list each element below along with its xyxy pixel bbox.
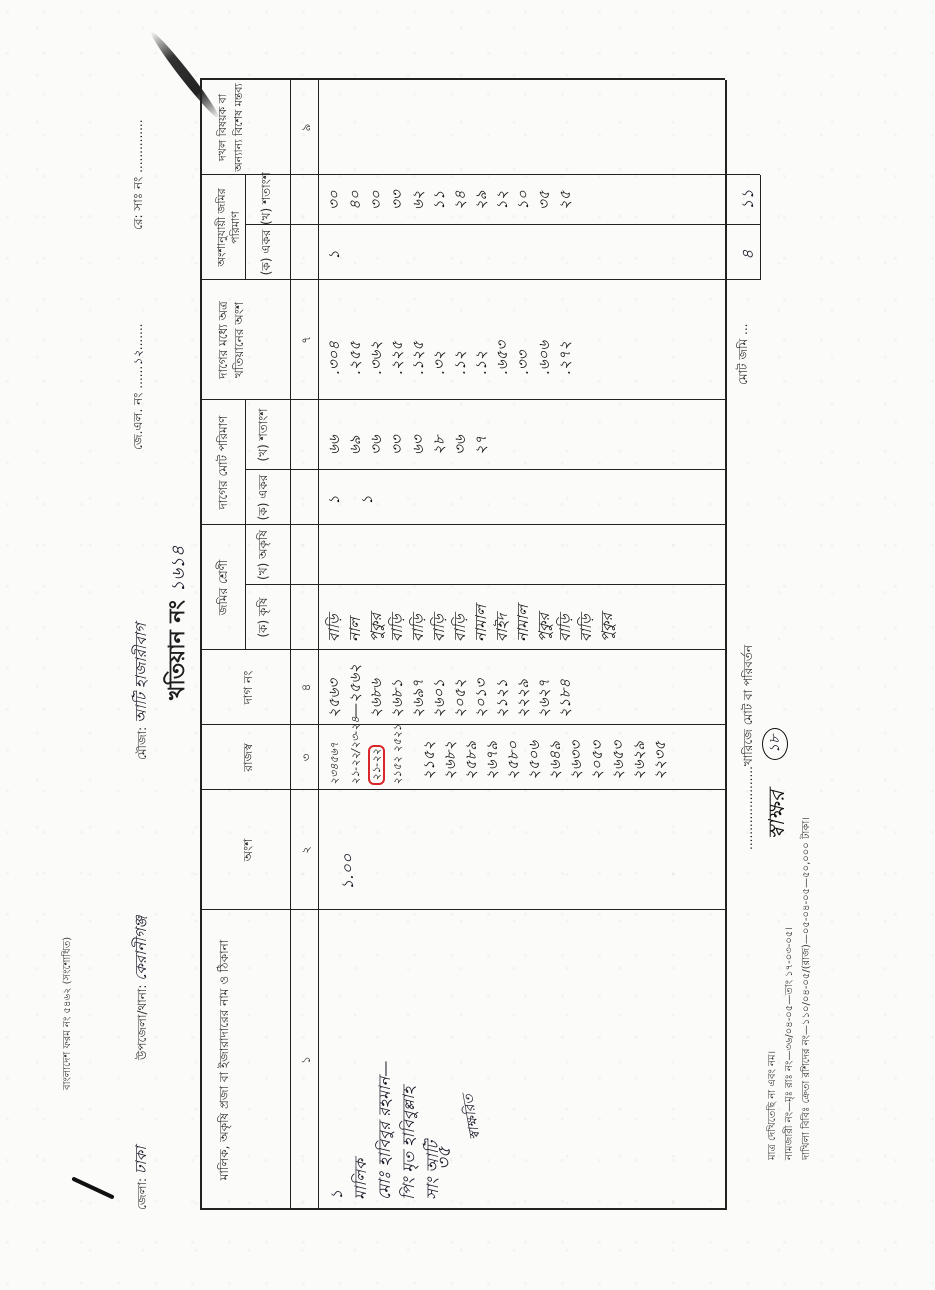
dag-number: ২০১৩ [472, 664, 491, 718]
khatian-share-value: .২২৫ [388, 341, 407, 375]
table-top-border [200, 80, 202, 1210]
subheader-divider [245, 400, 246, 650]
colnum-2: ২ [298, 790, 318, 910]
dag-acre-list: ১১ [325, 495, 377, 505]
total-acre: ৪ [735, 250, 762, 260]
owner-signature: স্বাক্ষরিত [456, 1092, 488, 1142]
colnum-3: ৩ [298, 725, 318, 790]
district-field: জেলা: ঢাকা [130, 1146, 155, 1210]
col-sep [200, 399, 725, 400]
col-sep [200, 1208, 725, 1210]
khatian-share-value: .৩৬২ [367, 341, 386, 375]
dag-decimal-value: ৬৯ [346, 435, 365, 455]
land-class-value: বাড়ি [388, 605, 407, 642]
dag-range-value: ২৫৮৯ [462, 741, 481, 780]
footer-note-3: দাখিলা বিবিঃ ক্রেতা রশিদের নং—১১০/০৪-০৫/… [799, 817, 816, 1160]
form-reference: বাংলাদেশ ফরম নং ৫৪৬২ (সংশোধিত) [60, 937, 77, 1090]
colnum-7: ৭ [298, 280, 318, 400]
footer-note-2: নামজারী নং—মৃঃ রাঃ নং—৩৬/০৪-০৫—তাং ১৭-০৩… [782, 927, 799, 1160]
land-class-value: পুকুর [535, 605, 554, 642]
dag-number: ২০৫২ [451, 664, 470, 718]
land-class-value: বাড়ি [430, 605, 449, 642]
subcol-agri: (ক) কৃষি [255, 585, 275, 650]
dag-range-list: ২১৫২২৬৮২২৫৮৯২৬৭৯২৫৮০২৫০৬২৬৪৯২৬৩৩২০৫৩২৬৫৩… [420, 741, 670, 780]
total-decimal: ১১ [735, 189, 762, 210]
col-header-land-class: জমির শ্রেণী [215, 525, 235, 650]
dag-range-value: ২৬৩৩ [567, 741, 586, 780]
dag-range-value: ২৬৪৯ [546, 741, 565, 780]
dag-range-value: ২২৩৫ [651, 741, 670, 780]
portion-acre-value: ১ [325, 250, 344, 260]
subcol-portion-decimal: (খ) শতাংশ [258, 175, 278, 225]
dag-decimal-value: ২৭ [472, 435, 491, 455]
header-divider [290, 80, 291, 1210]
dag-range-value: ২৫০৬ [525, 741, 544, 780]
dag-decimal-value: ৩৬ [367, 435, 386, 455]
col-header-remarks: দখল বিষয়ক বা অন্যান্য বিশেষ মন্তব্য [215, 80, 247, 175]
owner-index: ১ [325, 1061, 349, 1200]
khatian-share-list: .৩০৪.২৫৫.৩৬২.২২৫.১২৫.৩২.১২.১২.৬৫৩.৩৩.৬০৬… [325, 341, 575, 375]
revenue-list: ২৩৪৫৬৭ ২১-২২/২৩-২৪ ২১-২২ ২১৫২ ২৫২১ [325, 717, 407, 785]
khatian-share-value: .৬০৬ [535, 341, 554, 375]
col-sep [200, 78, 725, 80]
portion-decimal-value: ৩৫ [535, 190, 554, 210]
portion-decimal-value: ১১ [430, 190, 449, 210]
circled-revenue: ২১-২২ [368, 745, 385, 785]
portion-decimal-value: ১২ [493, 190, 512, 210]
dag-number: ২৬০১ [430, 664, 449, 718]
upazila-field: উপজেলা/থানা: কেরানীগঞ্জ [130, 916, 155, 1060]
colnum-divider [318, 80, 319, 1210]
dag-number: ২৫৬৩ [325, 664, 344, 718]
col-sep [200, 174, 760, 175]
slash-mark [71, 1176, 114, 1199]
dag-number: —২৫৬২ [346, 664, 365, 718]
land-class-value: পুকুর [598, 605, 617, 642]
portion-decimal-value: ৩৩ [388, 190, 407, 210]
col-sep [200, 909, 725, 910]
col-header-owner: মালিক, অকৃষি প্রজা বা ইজারাদারের নাম ও ঠ… [215, 920, 233, 1200]
col-header-khatian-share: দাগের মধ্যে অত্র খতিয়ানের অংশ [215, 280, 247, 400]
land-class-value: বাড়ি [556, 605, 575, 642]
dag-number: ২৬৯৭ [409, 664, 428, 718]
colnum-4: ৪ [298, 650, 318, 725]
dag-number: ২২২৯ [514, 664, 533, 718]
khatian-share-value: .৩৩ [514, 341, 533, 375]
mouza-value: আটি হাজারীবাগ [132, 623, 150, 723]
portion-decimal-value: ৩০ [367, 190, 386, 210]
touzi-field: রে: সাঃ নং .............. [130, 119, 150, 230]
portion-decimal-value: ১০ [514, 190, 533, 210]
khatian-share-value: .১২৫ [409, 341, 428, 375]
officer-signature: স্বাক্ষর [760, 790, 797, 840]
portion-decimal-value: ২৯ [472, 190, 491, 210]
colnum-9: ৯ [298, 80, 318, 175]
dag-range-value: ২১৫২ [420, 741, 439, 780]
subcol-portion-acre: (ক) একর [258, 225, 278, 280]
portion-decimal-list: ৩০৪০৩০৩৩৬২১১২৪২৯১২১০৩৫২৫ [325, 190, 575, 210]
khatian-share-value: .৬৫৩ [493, 341, 512, 375]
total-box-side [725, 279, 760, 280]
portion-decimal-value: ৪০ [346, 190, 365, 210]
khatian-page: বাংলাদেশ ফরম নং ৫৪৬২ (সংশোধিত) জেলা: ঢাক… [0, 0, 935, 1290]
col-header-share: অংশ [240, 790, 260, 910]
portion-acre-list: ১ [325, 250, 344, 260]
dag-decimal-value: ৬৬ [325, 435, 344, 455]
dag-decimal-value: ২৮ [430, 435, 449, 455]
col-header-dag-total: দাগের মোট পরিমাণ [215, 400, 235, 525]
stamp-mark [147, 29, 223, 122]
dag-list: ২৫৬৩—২৫৬২২৬৮৬২৬৮১২৬৯৭২৬০১২০৫২২০১৩২১২১২২২… [325, 664, 575, 718]
col-sep [200, 524, 725, 525]
dag-number: ২১২১ [493, 664, 512, 718]
col-sep [200, 724, 725, 725]
portion-decimal-value: ৩০ [325, 190, 344, 210]
total-box-mid [725, 224, 760, 225]
subcol-decimal: (খ) শতাংশ [255, 400, 275, 470]
col-sep [245, 224, 725, 225]
portion-decimal-value: ২৫ [556, 190, 575, 210]
land-class-list: বাড়িনালপুকুরবাড়িবাড়িবাড়িবাড়িনামালবা… [325, 605, 617, 642]
land-class-value: বাড়ি [325, 605, 344, 642]
subcol-acre: (ক) একর [255, 470, 275, 525]
khatian-share-value: .৩০৪ [325, 341, 344, 375]
khatian-share-value: .১২ [451, 341, 470, 375]
dag-range-value: ২৫৮০ [504, 741, 523, 780]
jl-field: জে.এল. নং ......১২....... [130, 324, 150, 450]
dag-range-value: ২৬৭৯ [483, 741, 502, 780]
land-class-value: নামাল [472, 605, 491, 642]
colnum-1: ১ [298, 910, 318, 1210]
col-sep [200, 789, 725, 790]
dag-range-value: ২৬২৯ [630, 741, 649, 780]
upazila-value: কেরানীগঞ্জ [132, 916, 150, 981]
dag-range-value: ২৬৫৩ [609, 741, 628, 780]
dag-decimal-list: ৬৬৬৯৩৬৩৩৬৩২৮৩৬২৭ [325, 435, 491, 455]
land-class-value: বাইদ [493, 605, 512, 642]
dag-decimal-value: ৩৬ [451, 435, 470, 455]
owner-details: ১ মালিক মোঃ হাবিবুর রহমান— পিং মৃত হাবিব… [325, 1061, 445, 1200]
land-class-value: বাড়ি [577, 605, 596, 642]
total-label: মোট জমি ... [735, 324, 755, 385]
subcol-nonagri: (খ) অকৃষি [255, 525, 275, 585]
khatian-share-value: .২৫৫ [346, 341, 365, 375]
share-value: ১.০০ [335, 854, 362, 890]
circled-number: ১৮ [762, 728, 788, 760]
portion-decimal-value: ৬২ [409, 190, 428, 210]
land-class-value: নামাল [514, 605, 533, 642]
land-class-value: বাড়ি [409, 605, 428, 642]
khatian-number: ১৬১৪ [168, 546, 189, 593]
land-class-value: বাড়ি [451, 605, 470, 642]
land-class-value: নাল [346, 605, 365, 642]
footer-note-1: মাত্র দেখিতেছি না এবং নম। [765, 1051, 782, 1160]
dag-number: ২৬৮১ [388, 664, 407, 718]
dag-acre-value: ১ [358, 495, 377, 505]
col-header-dag: দাগ নং [240, 650, 260, 725]
khatian-share-value: .৩২ [430, 341, 449, 375]
district-value: ঢাকা [132, 1146, 150, 1174]
portion-decimal-value: ২৪ [451, 190, 470, 210]
dag-decimal-value: ৬৩ [409, 435, 428, 455]
khatian-share-value: .২৭২ [556, 341, 575, 375]
mouza-field: মৌজা: আটি হাজারীবাগ [130, 623, 155, 760]
table-bottom-border [725, 80, 727, 1210]
col-header-portion: অংশানুযায়ী জমির পরিমাণ [215, 175, 243, 280]
col-sep [245, 469, 725, 470]
col-sep [245, 584, 725, 585]
subheader-divider [245, 175, 246, 280]
land-class-value: পুকুর [367, 605, 386, 642]
col-sep [200, 279, 725, 280]
khatian-share-value: .১২ [472, 341, 491, 375]
dag-number: ২১৮৪ [556, 664, 575, 718]
col-sep [200, 649, 725, 650]
col-header-revenue: রাজস্ব [240, 725, 260, 790]
dag-range-value: ২০৫৩ [588, 741, 607, 780]
change-label: ......................খারিজে মোট বা পরিব… [740, 645, 760, 850]
dag-number: ২৬৮৬ [367, 664, 386, 718]
dag-decimal-value: ৩৩ [388, 435, 407, 455]
dag-acre-value: ১ [325, 495, 344, 505]
dag-range-value: ২৬৮২ [441, 741, 460, 780]
dag-number: ২৬২৭ [535, 664, 554, 718]
margin-note: ৩৫ [430, 1147, 461, 1170]
page-title: খতিয়ান নং ১৬১৪ [160, 546, 197, 700]
